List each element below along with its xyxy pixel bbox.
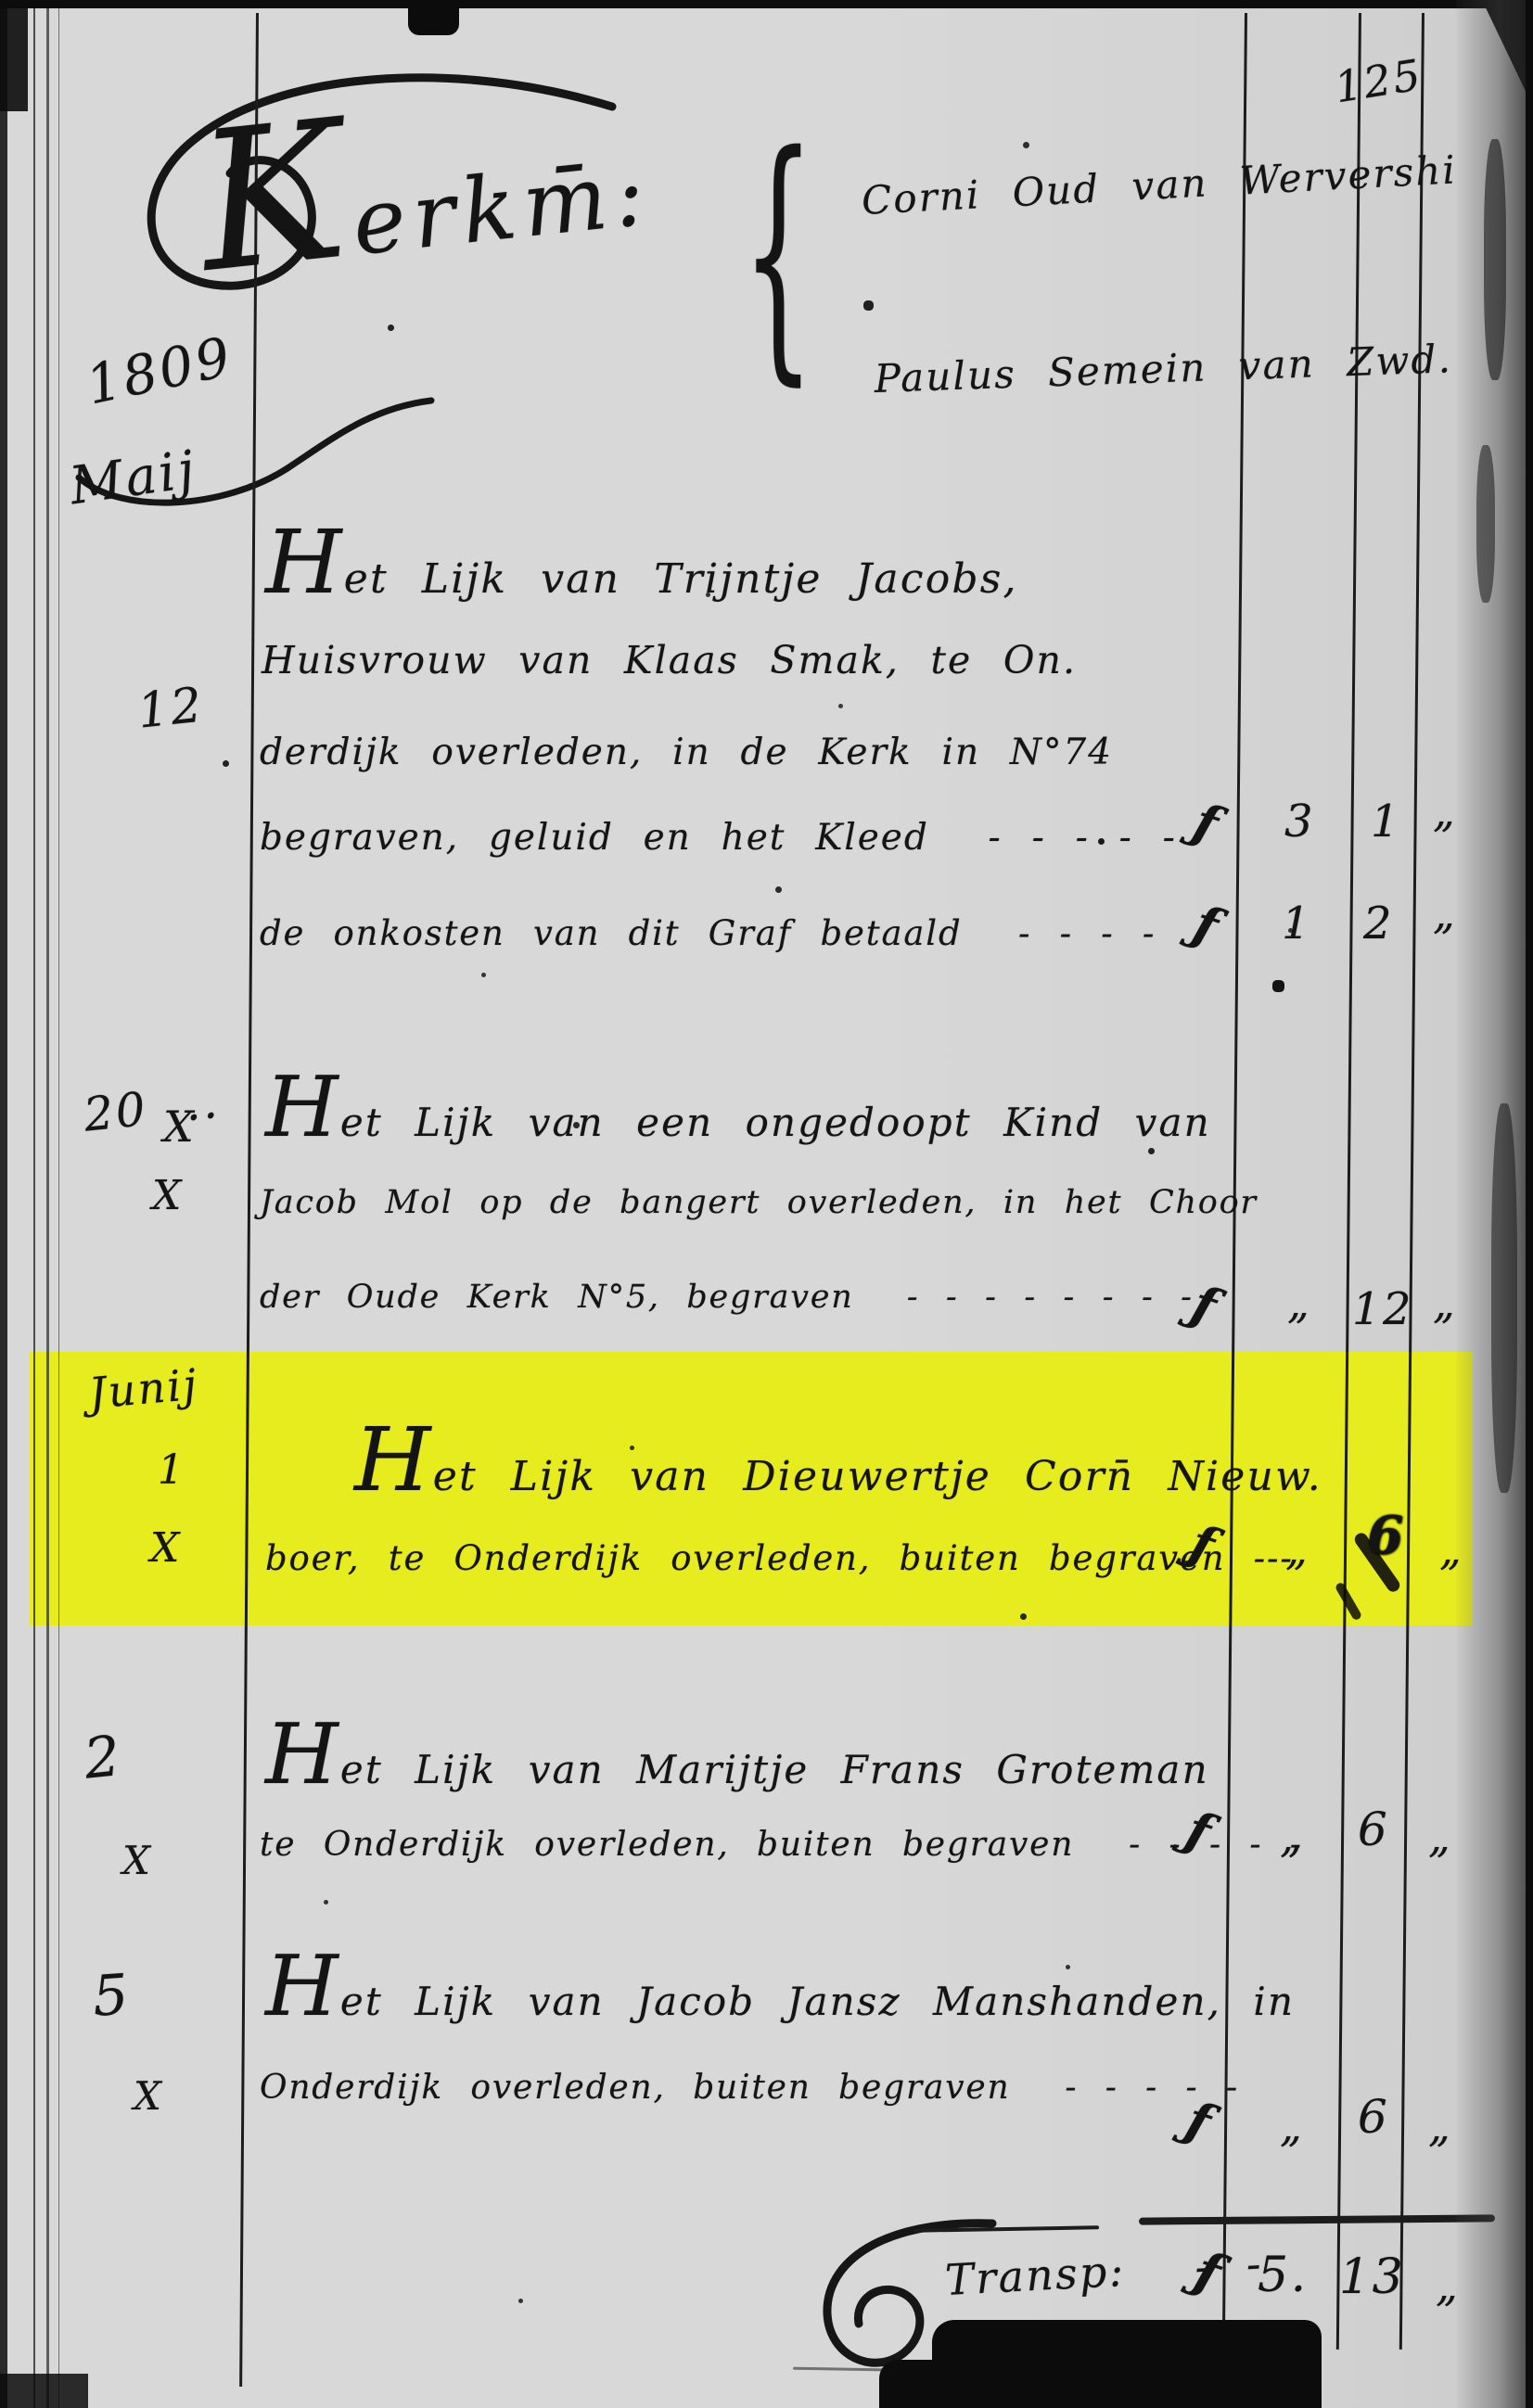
entry2-line3: der Oude Kerk N°5, begraven - - - - - - … [260, 1281, 1194, 1314]
right-edge-streak-2 [1476, 445, 1495, 603]
top-border [0, 0, 1533, 8]
amount2-stuiver: 2 [1363, 901, 1394, 946]
amount2-gulden: 1 [1282, 901, 1312, 946]
footer-penning-total: „ [1436, 2264, 1460, 2307]
margin-rule [239, 13, 259, 2387]
amount1-gulden: 3 [1284, 799, 1315, 844]
right-border-strip [1526, 0, 1533, 2408]
amount2-penning: „ [1433, 892, 1457, 935]
amount4-gulden: „ [1285, 1528, 1309, 1571]
total-rule-long [1139, 2214, 1495, 2224]
bottom-scan-blob-ext [879, 2360, 944, 2408]
entry5-line2: Onderdijk overleden, buiten begraven - -… [260, 2071, 1239, 2105]
ink-speckles [0, 0, 3, 3]
amount5-gulden: „ [1280, 1816, 1304, 1858]
entry1-line2: Huisvrouw van Klaas Smak, te On. [262, 642, 1077, 680]
entry4-line1: Het Lijk van Marijtje Frans Groteman [265, 1714, 1209, 1797]
margin-day-12: 12 [135, 682, 206, 736]
amount1-florin: ƒ [1188, 796, 1226, 850]
entry1-line3: derdijk overleden, in de Kerk in N°74 [260, 734, 1113, 771]
register-page-scan: 125Kerkm̄:{Corni Oud van WervershiPaulus… [0, 0, 1533, 2408]
amount6-gulden: „ [1280, 2105, 1304, 2147]
amount6-penning: „ [1428, 2105, 1452, 2147]
entry5-line1: Het Lijk van Jacob Jansz Manshanden, in [265, 1945, 1295, 2029]
entry2-line2: Jacob Mol op de bangert overleden, in he… [260, 1187, 1258, 1219]
right-edge-streak-1 [1484, 139, 1506, 380]
entry1-line5: de onkosten van dit Graf betaald - - - - [260, 916, 1156, 950]
bottom-scan-blob [932, 2320, 1322, 2408]
margin-cross-may20: X [152, 1176, 184, 1217]
amount4-penning: „ [1439, 1528, 1463, 1571]
amount2-florin: ƒ [1188, 898, 1226, 952]
margin-day-5: 5 [91, 1967, 133, 2025]
margin-day-20: 20 .. [82, 1078, 222, 1139]
margin-day-2: 2 [82, 1728, 125, 1788]
margin-month-june: Junij [87, 1363, 200, 1415]
left-border-strip [0, 0, 7, 2408]
entry3-line1: Het Lijk van Dieuwertje Corn̄ Nieuw. [354, 1417, 1322, 1505]
margin-day-1: 1 [158, 1450, 185, 1491]
entry3-line2: boer, te Onderdijk overleden, buiten beg… [265, 1541, 1294, 1575]
amount5-penning: „ [1428, 1816, 1452, 1858]
bottom-left-corner-mark [0, 2374, 88, 2408]
entry1-line4: begraven, geluid en het Kleed - - - - - [260, 820, 1177, 856]
header-name-bottom: Paulus Semein van Zwd. [874, 339, 1453, 399]
top-left-corner-mark [0, 0, 28, 111]
amount1-stuiver: 1 [1371, 799, 1401, 844]
amount3-stuiver: 12 [1352, 1287, 1413, 1331]
left-page-edge-line-1 [33, 0, 35, 2408]
margin-cross-june2: X [122, 1841, 152, 1880]
margin-cross-june1: X [150, 1528, 182, 1569]
amount5-stuiver: 6 [1358, 1806, 1389, 1853]
top-edge-blob [408, 0, 459, 35]
amount6-stuiver: 6 [1358, 2094, 1389, 2140]
entry1-line1: Het Lijk van Trijntje Jacobs, [265, 519, 1018, 607]
footer-stuiver-total: 13 [1339, 2253, 1405, 2301]
margin-cross-june5: X [134, 2077, 163, 2116]
amount3-penning: „ [1433, 1281, 1457, 1324]
header-brace: { [742, 121, 821, 386]
entry4-line2: te Onderdijk overleden, buiten begraven … [260, 1828, 1303, 1862]
right-edge-streak-3 [1491, 1103, 1517, 1493]
left-page-edge-line-2 [46, 0, 49, 2408]
footer-gulden-total: 5. [1258, 2251, 1309, 2300]
page-number: 125 [1332, 53, 1425, 108]
entry2-line1: Het Lijk van een ongedoopt Kind van [265, 1066, 1211, 1150]
left-page-edge-line-3 [58, 0, 59, 2408]
amount3-gulden: „ [1287, 1281, 1311, 1324]
amount4-stuiver: 6 [1367, 1510, 1406, 1561]
header-name-top: Corni Oud van Wervershi [861, 150, 1458, 221]
amount1-penning: „ [1433, 790, 1457, 833]
